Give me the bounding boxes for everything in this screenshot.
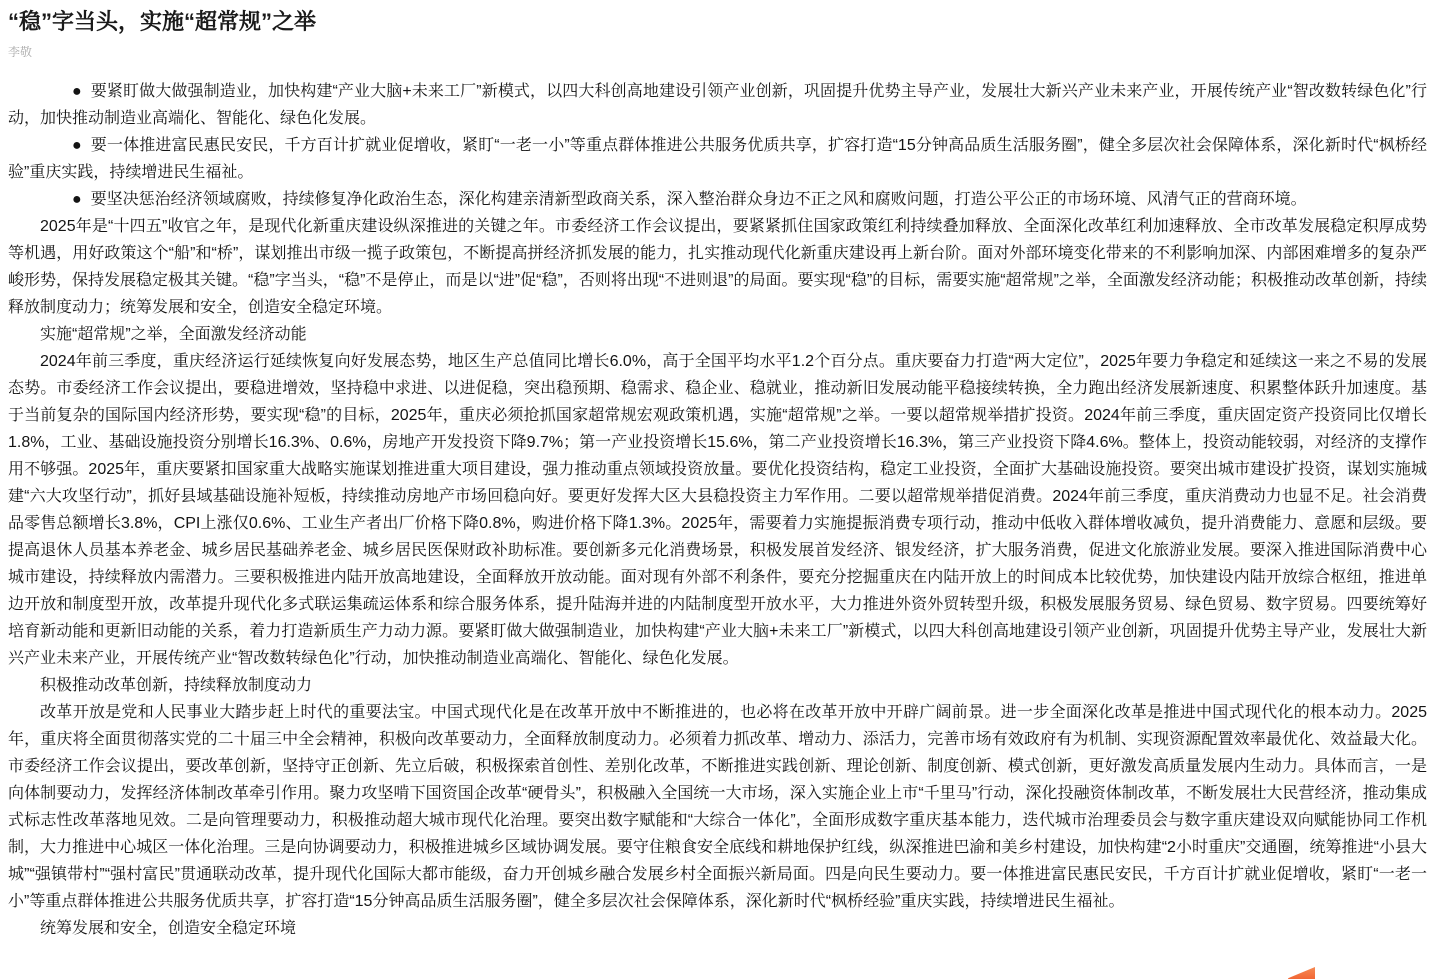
section-heading-reform: 积极推动改革创新，持续释放制度动力 <box>8 672 1427 699</box>
article-body: “稳”字当头，实施“超常规”之举 李敬 ●要紧盯做大做强制造业，加快构建“产业大… <box>0 0 1435 942</box>
floating-logo-icon[interactable] <box>1288 967 1315 979</box>
section-paragraph-reform: 改革开放是党和人民事业大踏步赶上时代的重要法宝。中国式现代化是在改革开放中不断推… <box>8 699 1427 915</box>
summary-bullet-text: 要紧盯做大做强制造业，加快构建“产业大脑+未来工厂”新模式，以四大科创高地建设引… <box>8 83 1427 127</box>
bullet-dot-icon: ● <box>40 78 82 105</box>
summary-bullet-text: 要坚决惩治经济领域腐败，持续修复净化政治生态，深化构建亲清新型政商关系，深入整治… <box>91 191 1307 208</box>
author-byline: 李敬 <box>8 44 1427 60</box>
bullet-dot-icon: ● <box>40 186 82 213</box>
section-paragraph-economy: 2024年前三季度，重庆经济运行延续恢复向好发展态势，地区生产总值同比增长6.0… <box>8 348 1427 672</box>
section-heading-economy: 实施“超常规”之举，全面激发经济动能 <box>8 321 1427 348</box>
summary-bullet-item: ●要一体推进富民惠民安民，千方百计扩就业促增收，紧盯“一老一小”等重点群体推进公… <box>8 132 1427 186</box>
summary-bullet-item: ●要坚决惩治经济领域腐败，持续修复净化政治生态，深化构建亲清新型政商关系，深入整… <box>8 186 1427 213</box>
bullet-dot-icon: ● <box>40 132 82 159</box>
summary-bullet-text: 要一体推进富民惠民安民，千方百计扩就业促增收，紧盯“一老一小”等重点群体推进公共… <box>8 137 1427 181</box>
summary-bullet-item: ●要紧盯做大做强制造业，加快构建“产业大脑+未来工厂”新模式，以四大科创高地建设… <box>8 78 1427 132</box>
section-heading-security: 统筹发展和安全，创造安全稳定环境 <box>8 915 1427 942</box>
intro-paragraph: 2025年是“十四五”收官之年，是现代化新重庆建设纵深推进的关键之年。市委经济工… <box>8 213 1427 321</box>
article-page: “稳”字当头，实施“超常规”之举 李敬 ●要紧盯做大做强制造业，加快构建“产业大… <box>0 0 1435 979</box>
page-title: “稳”字当头，实施“超常规”之举 <box>8 8 1427 36</box>
